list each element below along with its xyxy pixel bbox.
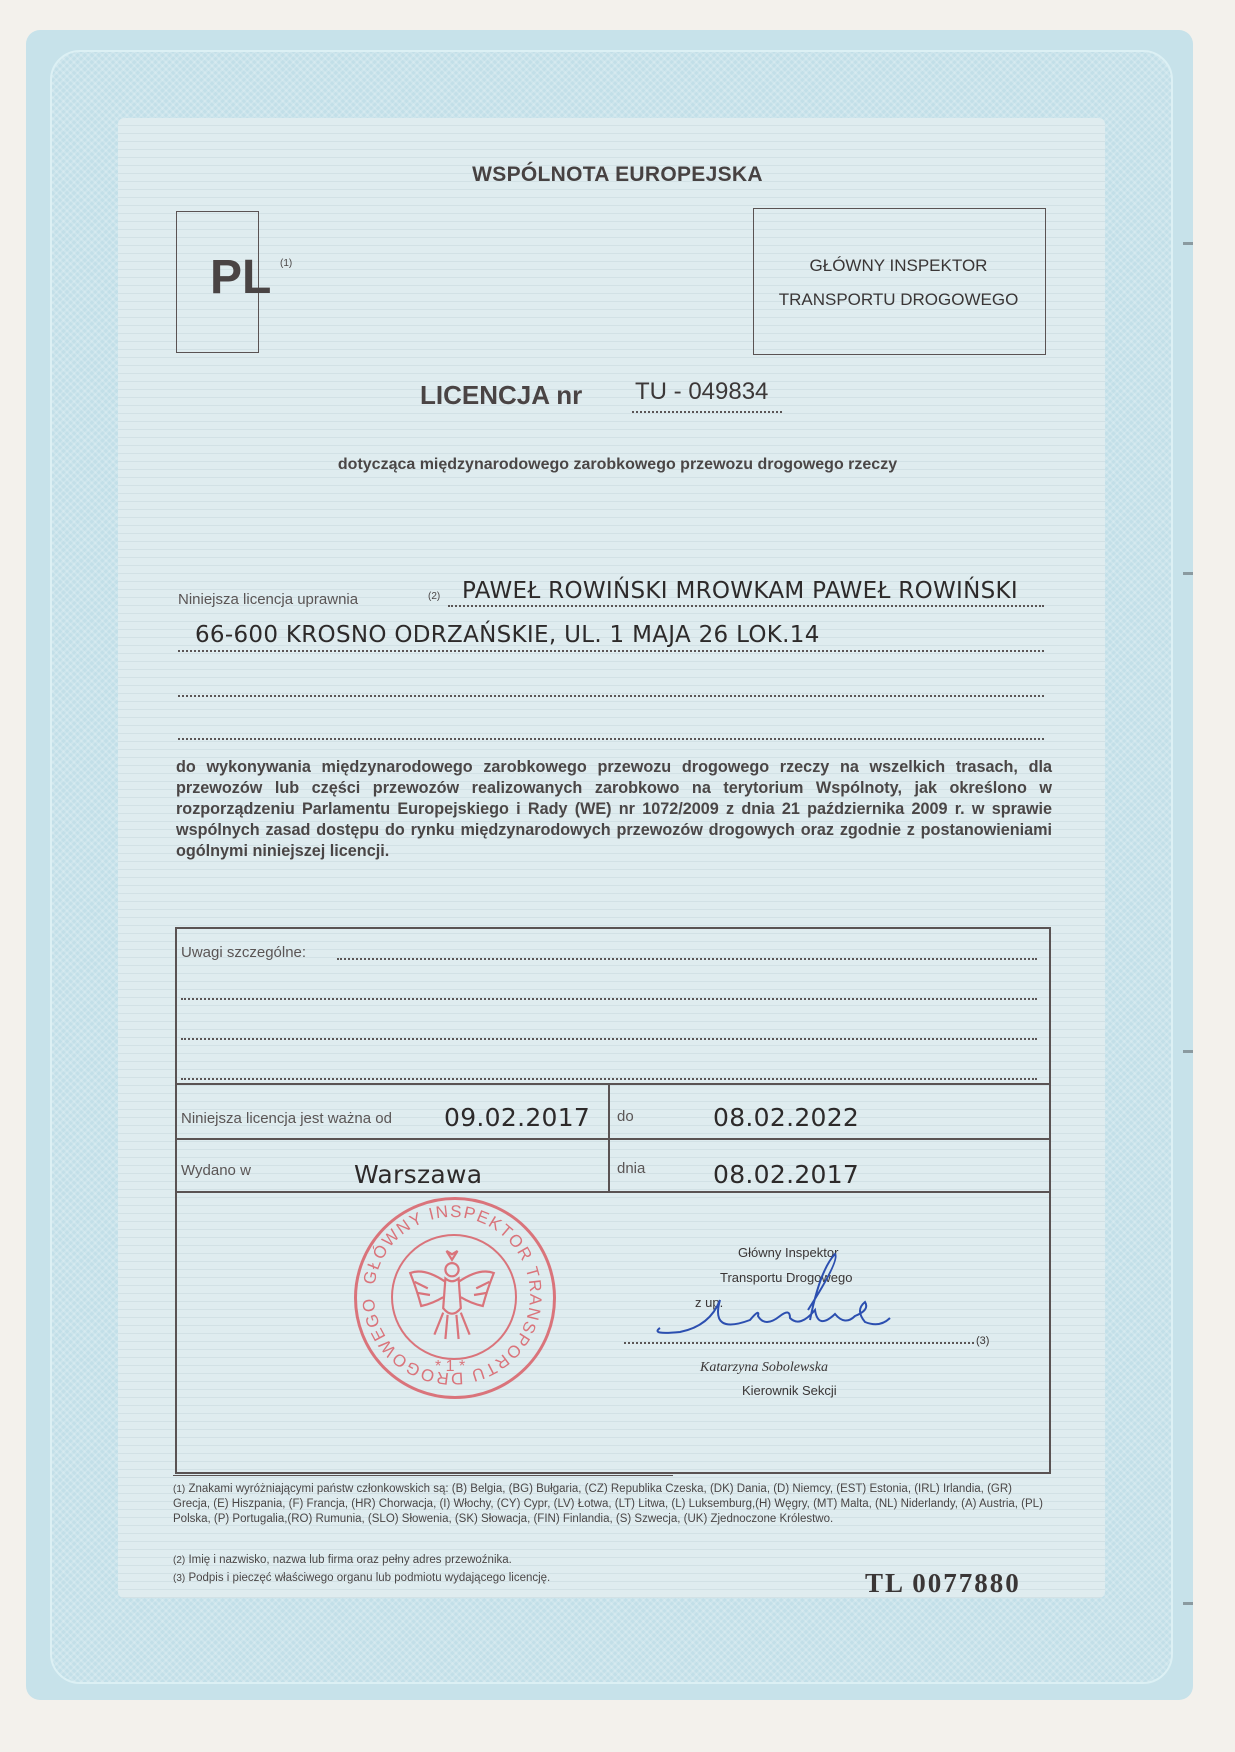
issued-date-label: dnia [617,1160,645,1177]
community-title: WSPÓLNOTA EUROPEJSKA [0,163,1235,187]
details-table [175,927,1051,1474]
holder-blank-line [178,738,1044,740]
remarks-line [337,958,1037,960]
issued-place: Warszawa [354,1160,482,1189]
issued-place-label: Wydano w [181,1162,251,1179]
country-code: PL [210,250,271,305]
handwritten-signature [640,1240,920,1350]
signature-line [624,1342,974,1344]
remarks-label: Uwagi szczególne: [181,944,306,961]
holder-footnote-mark: (2) [428,591,440,602]
stamp-number: * 1 * [435,1358,465,1376]
remarks-line [181,1038,1037,1040]
footnote-2: (2) Imię i nazwisko, nazwa lub firma ora… [173,1553,512,1568]
edge-mark [1183,1602,1193,1605]
valid-from-label: Niniejsza licencja jest ważna od [181,1110,392,1127]
edge-mark [1183,242,1193,245]
authority-line2: TRANSPORTU DROGOWEGO [753,290,1044,310]
table-divider [175,1083,1049,1085]
edge-mark [1183,572,1193,575]
license-number: TU - 049834 [635,378,768,406]
footnote-3-text: Podpis i pieczęć właściwego organu lub p… [188,1572,550,1584]
table-divider [175,1138,1049,1140]
holder-name-line [448,605,1044,607]
remarks-line [181,1078,1037,1080]
valid-to-label: do [617,1108,634,1125]
valid-to-date: 08.02.2022 [713,1103,859,1132]
issued-date: 08.02.2017 [713,1160,859,1189]
official-stamp: GŁÓWNY INSPEKTOR TRANSPORTU DROGOWEGO * … [354,1197,556,1399]
serial-number: TL 0077880 [865,1568,1021,1599]
footnote-rule [173,1475,673,1476]
footnote-1: (1) Znakami wyróżniającymi państw członk… [173,1482,1048,1527]
holder-name: PAWEŁ ROWIŃSKI MROWKAM PAWEŁ ROWIŃSKI [462,578,1018,604]
signatory-name: Katarzyna Sobolewska [700,1360,828,1376]
license-label: LICENCJA nr [420,380,582,411]
footnote-3: (3) Podpis i pieczęć właściwego organu l… [173,1571,550,1586]
table-divider [175,1191,1049,1193]
footnote-1-mark: (1) [173,1484,185,1495]
license-number-dotted-line [632,411,782,413]
remarks-line [181,998,1037,1000]
edge-mark [1183,1050,1193,1053]
holder-address: 66-600 KROSNO ODRZAŃSKIE, UL. 1 MAJA 26 … [195,622,820,648]
holder-address-line [178,650,1044,652]
valid-from-date: 09.02.2017 [444,1103,590,1132]
license-subtitle: dotycząca międzynarodowego zarobkowego p… [0,456,1235,474]
signatory-position: Kierownik Sekcji [742,1383,837,1398]
eagle-emblem-icon [397,1240,507,1350]
holder-blank-line [178,695,1044,697]
license-scope-text: do wykonywania międzynarodowego zarobkow… [176,757,1052,862]
authority-box [753,208,1046,355]
footnote-2-mark: (2) [173,1555,185,1566]
footnote-2-text: Imię i nazwisko, nazwa lub firma oraz pe… [188,1554,511,1566]
holder-label: Niniejsza licencja uprawnia [178,591,358,608]
footnote-1-text: Znakami wyróżniającymi państw członkowsk… [173,1483,1043,1525]
signature-footnote-mark: (3) [976,1335,989,1347]
authority-line1: GŁÓWNY INSPEKTOR [753,256,1044,276]
footnote-3-mark: (3) [173,1573,185,1584]
table-divider [608,1083,610,1191]
country-footnote-mark: (1) [280,258,292,269]
